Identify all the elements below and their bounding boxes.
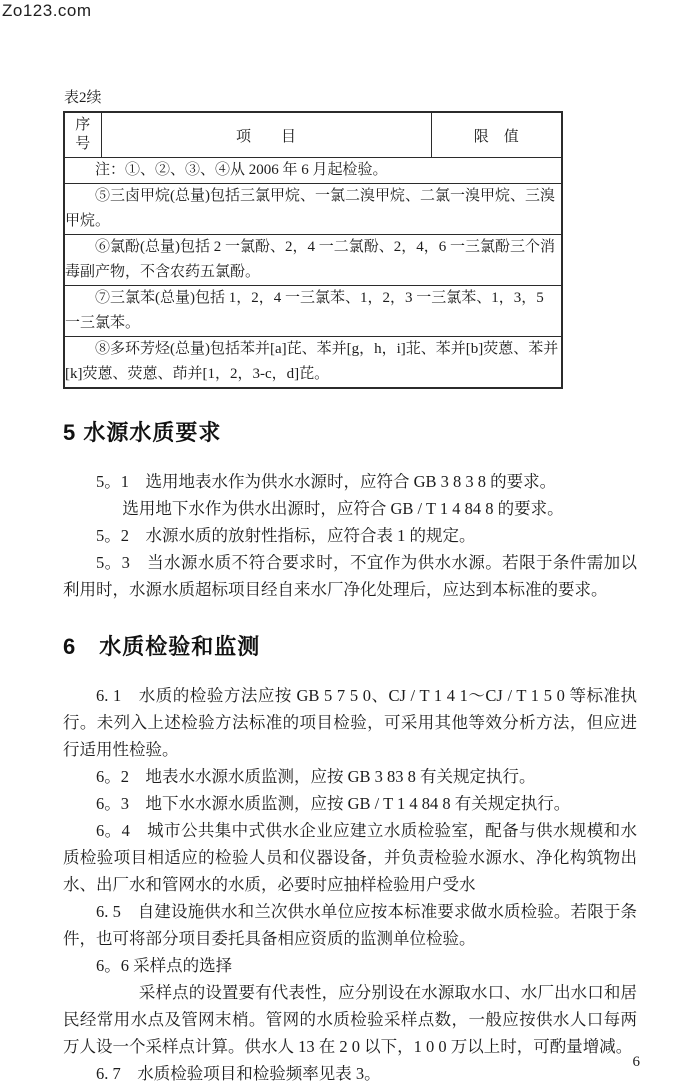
table-caption: 表2续 [64,86,637,107]
header-limit: 限 值 [431,112,562,158]
page-content: 表2续 序 号 项 目 限 值 注：①、②、③、④从 2006 年 6 月起检验… [63,86,637,1087]
para-6-1: 6. 1 水质的检验方法应按 GB 5 7 5 0、CJ / T 1 4 1～C… [63,682,637,763]
para-6-5: 6. 5 自建设施供水和兰次供水单位应按本标准要求做水质检验。若限于条件，也可将… [63,898,637,952]
note-5-trihalomethanes: ⑤三卤甲烷(总量)包括三氯甲烷、一氯二溴甲烷、二氯一溴甲烷、三溴甲烷。 [64,184,562,235]
section-6-heading: 6 水质检验和监测 [63,630,637,661]
header-seq-bottom: 号 [65,135,101,154]
para-6-3: 6。3 地下水水源水质监测，应按 GB / T 1 4 84 8 有关规定执行。 [63,790,637,817]
note-6-chlorophenols: ⑥氯酚(总量)包括 2 一氯酚、2，4 一二氯酚、2，4，6 一三氯酚三个消毒副… [64,235,562,286]
document-page: Zo123.com 表2续 序 号 项 目 限 值 注：①、②、③ [0,0,700,1087]
watermark-text: Zo123.com [2,1,92,21]
para-5-2: 5。2 水源水质的放射性指标，应符合表 1 的规定。 [63,522,637,549]
page-number: 6 [633,1054,641,1071]
table-row: ⑧多环芳烃(总量)包括苯并[a]芘、苯并[g，h，i]苝、苯并[b]荧蒽、苯并[… [64,337,562,389]
table-row: ⑦三氯苯(总量)包括 1，2，4 一三氯苯、1，2，3 一三氯苯、1，3，5 一… [64,286,562,337]
para-6-2: 6。2 地表水水源水质监测，应按 GB 3 83 8 有关规定执行。 [63,763,637,790]
table-row: ⑥氯酚(总量)包括 2 一氯酚、2，4 一二氯酚、2，4，6 一三氯酚三个消毒副… [64,235,562,286]
header-seq-top: 序 [65,116,101,135]
para-6-7: 6. 7 水质检验项目和检验频率见表 3。 [63,1060,637,1087]
note-7-trichlorobenzene: ⑦三氯苯(总量)包括 1，2，4 一三氯苯、1，2，3 一三氯苯、1，3，5 一… [64,286,562,337]
para-6-6-title: 6。6 采样点的选择 [63,952,637,979]
para-6-6-body: 采样点的设置要有代表性，应分别设在水源取水口、水厂出水口和居民经常用水点及管网末… [63,979,637,1060]
para-5-3: 5。3 当水源水质不符合要求时，不宜作为供水水源。若限于条件需加以利用时，水源水… [63,549,637,603]
table-row: ⑤三卤甲烷(总量)包括三氯甲烷、一氯二溴甲烷、二氯一溴甲烷、三溴甲烷。 [64,184,562,235]
header-seq-number: 序 号 [64,112,101,158]
header-item: 项 目 [101,112,431,158]
para-6-4: 6。4 城市公共集中式供水企业应建立水质检验室，配备与供水规模和水质检验项目相适… [63,817,637,898]
section-5-heading: 5 水源水质要求 [63,416,637,447]
table-2-continued: 序 号 项 目 限 值 注：①、②、③、④从 2006 年 6 月起检验。 ⑤三… [63,111,563,389]
table-header-row: 序 号 项 目 限 值 [64,112,562,158]
note-general: 注：①、②、③、④从 2006 年 6 月起检验。 [64,158,562,184]
para-5-1-continued: 选用地下水作为供水出源时，应符合 GB / T 1 4 84 8 的要求。 [63,495,637,522]
note-8-pah: ⑧多环芳烃(总量)包括苯并[a]芘、苯并[g，h，i]苝、苯并[b]荧蒽、苯并[… [64,337,562,389]
para-5-1: 5。1 选用地表水作为供水水源时，应符合 GB 3 8 3 8 的要求。 [63,468,637,495]
table-row: 注：①、②、③、④从 2006 年 6 月起检验。 [64,158,562,184]
